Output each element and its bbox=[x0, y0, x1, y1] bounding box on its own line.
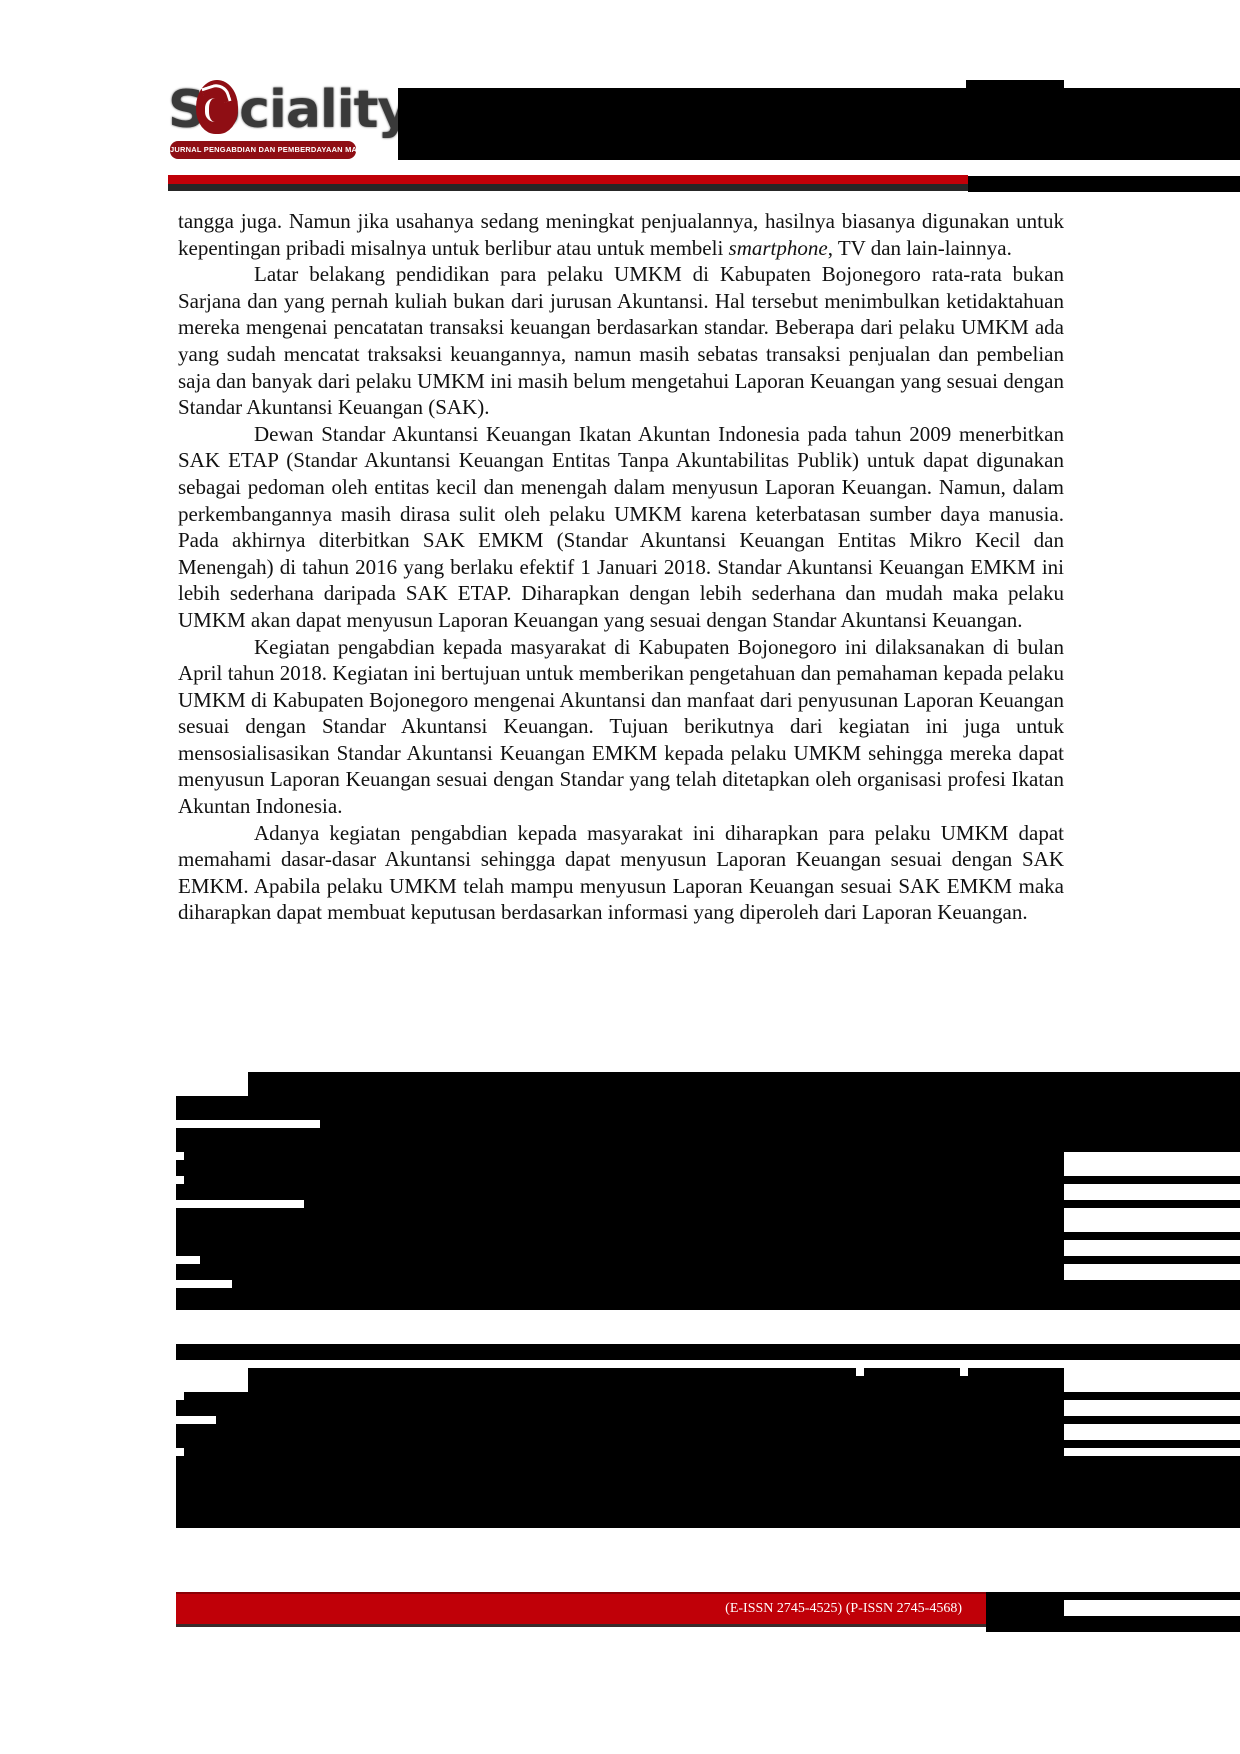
redaction-bar bbox=[304, 1200, 1064, 1208]
paragraph-education-background: Latar belakang pendidikan para pelaku UM… bbox=[178, 261, 1064, 421]
header-rule-dark bbox=[168, 184, 968, 191]
redaction-bar bbox=[184, 1448, 1064, 1456]
redaction-bar bbox=[176, 1288, 1240, 1310]
article-body: tangga juga. Namun jika usahanya sedang … bbox=[178, 208, 1064, 926]
redacted-footer-block bbox=[986, 1616, 1240, 1632]
redaction-bar bbox=[1064, 1392, 1240, 1400]
redaction-bar bbox=[176, 1096, 1240, 1120]
journal-logo: Sociality JURNAL PENGABDIAN DAN PEMBERDA… bbox=[168, 80, 398, 160]
redaction-bar bbox=[1064, 1416, 1240, 1424]
redaction-bar bbox=[176, 1160, 1064, 1176]
redaction-bar bbox=[176, 1424, 1064, 1448]
redacted-header-block bbox=[966, 80, 1064, 120]
redaction-bar bbox=[200, 1256, 1064, 1264]
redaction-bar bbox=[176, 1208, 1064, 1256]
redaction-bar bbox=[248, 1376, 1064, 1392]
page-header: Sociality JURNAL PENGABDIAN DAN PEMBERDA… bbox=[0, 0, 1240, 200]
redaction-bar bbox=[1064, 1256, 1240, 1264]
redaction-bar bbox=[176, 1264, 1064, 1280]
redaction-bar bbox=[1064, 1280, 1240, 1288]
journal-tagline: JURNAL PENGABDIAN DAN PEMBERDAYAAN MASYA… bbox=[170, 141, 356, 159]
paragraph-continuation: tangga juga. Namun jika usahanya sedang … bbox=[178, 208, 1064, 261]
redaction-bar bbox=[176, 1400, 1064, 1416]
redaction-bar bbox=[248, 1072, 1240, 1096]
italic-term: smartphone bbox=[729, 236, 828, 260]
footer-bar: (E-ISSN 2745-4525) (P-ISSN 2745-4568) bbox=[176, 1592, 988, 1627]
paragraph-expected-outcome: Adanya kegiatan pengabdian kepada masyar… bbox=[178, 820, 1064, 926]
redaction-bar bbox=[1064, 1200, 1240, 1208]
redaction-bar bbox=[184, 1152, 1064, 1160]
redaction-bar bbox=[232, 1280, 1064, 1288]
redaction-bar bbox=[176, 1456, 1240, 1528]
paragraph-sak-standards: Dewan Standar Akuntansi Keuangan Ikatan … bbox=[178, 421, 1064, 634]
redaction-bar bbox=[184, 1392, 1064, 1400]
issn-label: (E-ISSN 2745-4525) (P-ISSN 2745-4568) bbox=[725, 1594, 962, 1624]
redacted-footer-block bbox=[986, 1592, 1240, 1600]
redaction-bar bbox=[176, 1184, 1064, 1200]
redacted-header-rule bbox=[968, 176, 1240, 192]
paragraph-activity-goals: Kegiatan pengabdian kepada masyarakat di… bbox=[178, 634, 1064, 820]
redaction-bar bbox=[1064, 1176, 1240, 1184]
redaction-bar bbox=[1064, 1440, 1240, 1448]
redaction-bar bbox=[216, 1416, 1064, 1424]
hand-icon bbox=[196, 80, 238, 134]
redaction-bar bbox=[1064, 1232, 1240, 1240]
redacted-header-block bbox=[1064, 120, 1240, 160]
redaction-bar bbox=[1064, 1120, 1240, 1144]
redaction-bar bbox=[184, 1176, 1064, 1184]
redaction-bar bbox=[176, 1344, 1240, 1360]
